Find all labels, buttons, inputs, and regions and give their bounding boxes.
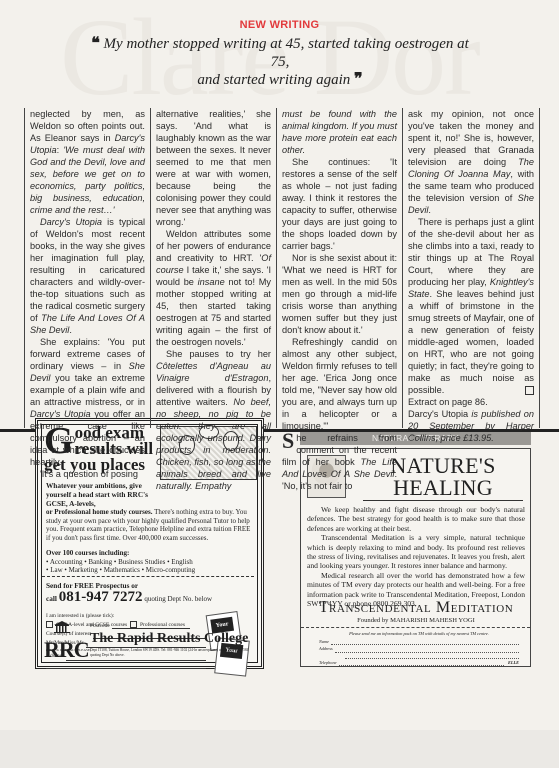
pull-quote: ❝ My mother stopped writing at 45, start… xyxy=(80,35,480,89)
extract-note: Extract on page 86. xyxy=(408,396,534,408)
tm-brand: Transcendental Meditation xyxy=(307,599,525,617)
pull-quote-line2: and started writing again xyxy=(197,72,350,88)
paragraph: There is perhaps just a glint of the she… xyxy=(408,216,534,396)
pull-quote-line1: My mother stopped writing at 45, started… xyxy=(104,36,469,70)
rrc-logo: RRC xyxy=(44,637,89,663)
college-address: Dept IT108, Tuition House, London SW19 4… xyxy=(90,648,255,658)
ad-footer: RRC Postcode The Rapid Results College D… xyxy=(42,623,257,663)
ad-body: or Professional home study courses. Ther… xyxy=(46,508,251,542)
publication-note: Darcy's Utopia is published on 20 Septem… xyxy=(408,408,534,444)
paragraph: must be found with the animal kingdom. I… xyxy=(282,108,397,156)
paragraph: Refreshingly candid on almost any other … xyxy=(282,336,397,432)
coupon-form: Please send me an information pack on TM… xyxy=(319,630,519,666)
article-column-2: alternative realities,' she says. 'And w… xyxy=(150,108,276,428)
paragraph: alternative realities,' she says. 'And w… xyxy=(156,108,271,228)
college-name: The Rapid Results College xyxy=(90,631,248,647)
course-list: Over 100 courses including: • Accounting… xyxy=(46,549,251,575)
paragraph: 'It's a question of posing xyxy=(30,468,145,480)
temple-logo-icon xyxy=(54,621,70,633)
close-quote-icon: ❞ xyxy=(354,71,363,88)
paragraph: She continues: 'It restores a sense of t… xyxy=(282,156,397,252)
coupon-cut-line xyxy=(301,627,530,628)
paragraph: Nor is she sexist about it: 'What we nee… xyxy=(282,252,397,336)
open-quote-icon: ❝ xyxy=(91,35,100,52)
ad-lead: Whatever your ambitions, give yourself a… xyxy=(46,481,156,508)
paragraph: She explains: 'You put forward extreme c… xyxy=(30,336,145,468)
section-label: NEW WRITING xyxy=(0,19,559,31)
title-underline xyxy=(363,500,523,501)
postcode-field[interactable]: Postcode xyxy=(90,623,190,629)
end-mark-icon xyxy=(525,386,534,395)
paragraph: ask my opinion, not once you've taken th… xyxy=(408,108,534,216)
telephone-field[interactable]: TelephoneELLE xyxy=(319,659,519,667)
article-column-4: ask my opinion, not once you've taken th… xyxy=(402,108,540,428)
article-column-1: neglected by men, as Weldon so often poi… xyxy=(24,108,150,428)
address-field-2[interactable] xyxy=(319,653,519,659)
ad-body: We keep healthy and fight disease throug… xyxy=(307,505,525,608)
paragraph: She pauses to try her Côtelettes d'Agnea… xyxy=(156,348,271,492)
founded-by: Founded by MAHARISHI MAHESH YOGI xyxy=(307,617,525,624)
paragraph: Weldon attributes some of her powers of … xyxy=(156,228,271,348)
paragraph: She refrains from comment on the recent … xyxy=(282,432,397,492)
call-line: call 081-947 7272 quoting Dept No. below xyxy=(46,589,212,606)
article-body: neglected by men, as Weldon so often poi… xyxy=(24,108,544,428)
phone-number[interactable]: 081-947 7272 xyxy=(59,589,143,605)
drop-cap: S xyxy=(282,432,294,450)
address-field[interactable]: Address xyxy=(319,645,519,653)
paragraph: neglected by men, as Weldon so often poi… xyxy=(30,108,145,216)
article-column-3: must be found with the animal kingdom. I… xyxy=(276,108,402,428)
coupon-cut-line xyxy=(42,576,254,577)
paragraph: Darcy's Utopia is typical of Weldon's mo… xyxy=(30,216,145,336)
name-field[interactable]: Name xyxy=(319,638,519,646)
bottom-bleed-strip xyxy=(0,730,559,768)
